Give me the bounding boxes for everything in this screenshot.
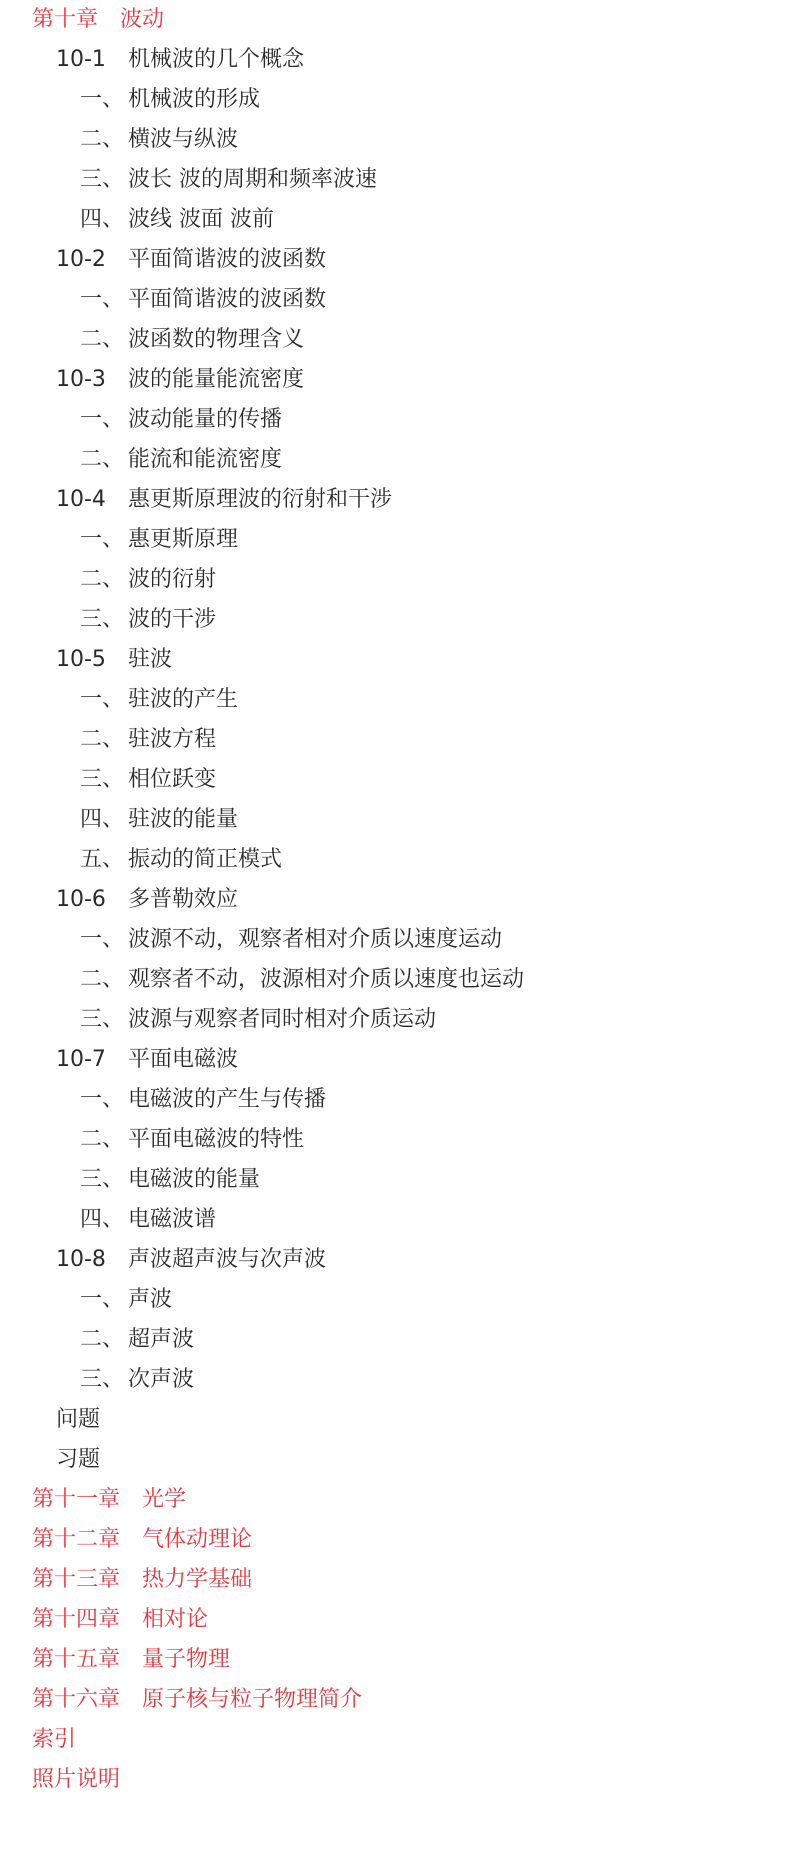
subsection-title: 相位跃变 <box>128 760 216 800</box>
subsection-number: 二、 <box>80 120 124 160</box>
toc-subsection[interactable]: 二、 超声波 <box>0 1320 790 1360</box>
subsection-number: 四、 <box>80 200 124 240</box>
subsection-title: 平面简谐波的波函数 <box>128 280 326 320</box>
subsection-number: 三、 <box>80 160 124 200</box>
extra-label: 习题 <box>56 1440 100 1480</box>
section-number: 10-2 <box>56 240 106 280</box>
section-title: 惠更斯原理波的衍射和干涉 <box>128 480 392 520</box>
section-number: 10-5 <box>56 640 106 680</box>
toc-chapter-13[interactable]: 第十三章 热力学基础 <box>0 1560 790 1600</box>
subsection-number: 三、 <box>80 1000 124 1040</box>
toc-subsection[interactable]: 一、 机械波的形成 <box>0 80 790 120</box>
subsection-title: 驻波方程 <box>128 720 216 760</box>
subsection-title: 振动的简正模式 <box>128 840 282 880</box>
toc-subsection[interactable]: 三、 波源与观察者同时相对介质运动 <box>0 1000 790 1040</box>
chapter-label: 第十六章 原子核与粒子物理简介 <box>32 1680 362 1720</box>
toc-subsection[interactable]: 二、 能流和能流密度 <box>0 440 790 480</box>
subsection-number: 二、 <box>80 1320 124 1360</box>
subsection-title: 波的干涉 <box>128 600 216 640</box>
toc-subsection[interactable]: 三、 波的干涉 <box>0 600 790 640</box>
toc-section-10-6[interactable]: 10-6 多普勒效应 <box>0 880 790 920</box>
subsection-title: 观察者不动，波源相对介质以速度也运动 <box>128 960 524 1000</box>
toc-section-10-5[interactable]: 10-5 驻波 <box>0 640 790 680</box>
section-title: 声波超声波与次声波 <box>128 1240 326 1280</box>
subsection-title: 波线 波面 波前 <box>128 200 274 240</box>
toc-index[interactable]: 索引 <box>0 1720 790 1760</box>
subsection-title: 波动能量的传播 <box>128 400 282 440</box>
subsection-title: 惠更斯原理 <box>128 520 238 560</box>
subsection-number: 三、 <box>80 1360 124 1400</box>
section-number: 10-7 <box>56 1040 106 1080</box>
toc-subsection[interactable]: 四、 电磁波谱 <box>0 1200 790 1240</box>
extra-label: 问题 <box>56 1400 100 1440</box>
subsection-title: 次声波 <box>128 1360 194 1400</box>
toc-subsection[interactable]: 二、 驻波方程 <box>0 720 790 760</box>
section-title: 波的能量能流密度 <box>128 360 304 400</box>
subsection-title: 电磁波的能量 <box>128 1160 260 1200</box>
subsection-number: 二、 <box>80 1120 124 1160</box>
toc-subsection[interactable]: 四、 波线 波面 波前 <box>0 200 790 240</box>
chapter-label: 第十五章 量子物理 <box>32 1640 230 1680</box>
subsection-number: 一、 <box>80 80 124 120</box>
subsection-number: 三、 <box>80 600 124 640</box>
toc-subsection[interactable]: 二、 平面电磁波的特性 <box>0 1120 790 1160</box>
subsection-number: 一、 <box>80 920 124 960</box>
subsection-number: 二、 <box>80 440 124 480</box>
subsection-number: 二、 <box>80 560 124 600</box>
section-title: 多普勒效应 <box>128 880 238 920</box>
toc-subsection[interactable]: 二、 波的衍射 <box>0 560 790 600</box>
subsection-title: 横波与纵波 <box>128 120 238 160</box>
subsection-title: 电磁波谱 <box>128 1200 216 1240</box>
back-matter-label: 照片说明 <box>32 1760 120 1800</box>
subsection-number: 二、 <box>80 320 124 360</box>
toc-chapter-12[interactable]: 第十二章 气体动理论 <box>0 1520 790 1560</box>
section-number: 10-4 <box>56 480 106 520</box>
subsection-number: 一、 <box>80 1280 124 1320</box>
subsection-title: 波的衍射 <box>128 560 216 600</box>
toc-subsection[interactable]: 二、 波函数的物理含义 <box>0 320 790 360</box>
subsection-title: 驻波的产生 <box>128 680 238 720</box>
chapter-label: 第十一章 光学 <box>32 1480 186 1520</box>
toc-subsection[interactable]: 二、 横波与纵波 <box>0 120 790 160</box>
toc-section-10-1[interactable]: 10-1 机械波的几个概念 <box>0 40 790 80</box>
subsection-number: 一、 <box>80 280 124 320</box>
table-of-contents: 第十章 波动 10-1 机械波的几个概念 一、 机械波的形成 二、 横波与纵波 … <box>0 0 790 1800</box>
section-title: 平面简谐波的波函数 <box>128 240 326 280</box>
section-title: 平面电磁波 <box>128 1040 238 1080</box>
chapter-label: 第十二章 气体动理论 <box>32 1520 252 1560</box>
section-number: 10-3 <box>56 360 106 400</box>
subsection-title: 平面电磁波的特性 <box>128 1120 304 1160</box>
toc-subsection[interactable]: 一、 平面简谐波的波函数 <box>0 280 790 320</box>
toc-subsection[interactable]: 一、 声波 <box>0 1280 790 1320</box>
toc-subsection[interactable]: 五、 振动的简正模式 <box>0 840 790 880</box>
section-title: 驻波 <box>128 640 172 680</box>
subsection-title: 超声波 <box>128 1320 194 1360</box>
subsection-title: 波源不动，观察者相对介质以速度运动 <box>128 920 502 960</box>
toc-subsection[interactable]: 一、 电磁波的产生与传播 <box>0 1080 790 1120</box>
subsection-title: 能流和能流密度 <box>128 440 282 480</box>
subsection-number: 四、 <box>80 1200 124 1240</box>
toc-subsection[interactable]: 三、 相位跃变 <box>0 760 790 800</box>
subsection-title: 波源与观察者同时相对介质运动 <box>128 1000 436 1040</box>
toc-subsection[interactable]: 二、 观察者不动，波源相对介质以速度也运动 <box>0 960 790 1000</box>
subsection-number: 二、 <box>80 720 124 760</box>
subsection-number: 一、 <box>80 520 124 560</box>
toc-chapter-14[interactable]: 第十四章 相对论 <box>0 1600 790 1640</box>
toc-subsection[interactable]: 一、 驻波的产生 <box>0 680 790 720</box>
section-number: 10-1 <box>56 40 106 80</box>
toc-subsection[interactable]: 三、 波长 波的周期和频率波速 <box>0 160 790 200</box>
subsection-title: 波长 波的周期和频率波速 <box>128 160 377 200</box>
toc-subsection[interactable]: 三、 次声波 <box>0 1360 790 1400</box>
toc-subsection[interactable]: 三、 电磁波的能量 <box>0 1160 790 1200</box>
subsection-number: 三、 <box>80 1160 124 1200</box>
chapter-label: 第十四章 相对论 <box>32 1600 208 1640</box>
section-number: 10-8 <box>56 1240 106 1280</box>
subsection-title: 声波 <box>128 1280 172 1320</box>
subsection-title: 电磁波的产生与传播 <box>128 1080 326 1120</box>
toc-chapter-11[interactable]: 第十一章 光学 <box>0 1480 790 1520</box>
toc-chapter-15[interactable]: 第十五章 量子物理 <box>0 1640 790 1680</box>
subsection-title: 机械波的形成 <box>128 80 260 120</box>
toc-subsection[interactable]: 一、 波源不动，观察者相对介质以速度运动 <box>0 920 790 960</box>
toc-section-10-8[interactable]: 10-8 声波超声波与次声波 <box>0 1240 790 1280</box>
toc-chapter-10[interactable]: 第十章 波动 <box>0 0 790 40</box>
toc-subsection[interactable]: 一、 波动能量的传播 <box>0 400 790 440</box>
chapter-label: 第十三章 热力学基础 <box>32 1560 252 1600</box>
subsection-number: 一、 <box>80 400 124 440</box>
subsection-number: 四、 <box>80 800 124 840</box>
toc-photo-notes[interactable]: 照片说明 <box>0 1760 790 1800</box>
section-number: 10-6 <box>56 880 106 920</box>
subsection-number: 一、 <box>80 1080 124 1120</box>
toc-exercises[interactable]: 习题 <box>0 1440 790 1480</box>
toc-subsection[interactable]: 四、 驻波的能量 <box>0 800 790 840</box>
subsection-number: 二、 <box>80 960 124 1000</box>
toc-section-10-2[interactable]: 10-2 平面简谐波的波函数 <box>0 240 790 280</box>
chapter-label: 第十章 波动 <box>32 0 164 40</box>
subsection-title: 驻波的能量 <box>128 800 238 840</box>
section-title: 机械波的几个概念 <box>128 40 304 80</box>
subsection-title: 波函数的物理含义 <box>128 320 304 360</box>
toc-questions[interactable]: 问题 <box>0 1400 790 1440</box>
toc-section-10-3[interactable]: 10-3 波的能量能流密度 <box>0 360 790 400</box>
subsection-number: 五、 <box>80 840 124 880</box>
toc-subsection[interactable]: 一、 惠更斯原理 <box>0 520 790 560</box>
toc-chapter-16[interactable]: 第十六章 原子核与粒子物理简介 <box>0 1680 790 1720</box>
subsection-number: 三、 <box>80 760 124 800</box>
subsection-number: 一、 <box>80 680 124 720</box>
back-matter-label: 索引 <box>32 1720 76 1760</box>
toc-section-10-7[interactable]: 10-7 平面电磁波 <box>0 1040 790 1080</box>
toc-section-10-4[interactable]: 10-4 惠更斯原理波的衍射和干涉 <box>0 480 790 520</box>
